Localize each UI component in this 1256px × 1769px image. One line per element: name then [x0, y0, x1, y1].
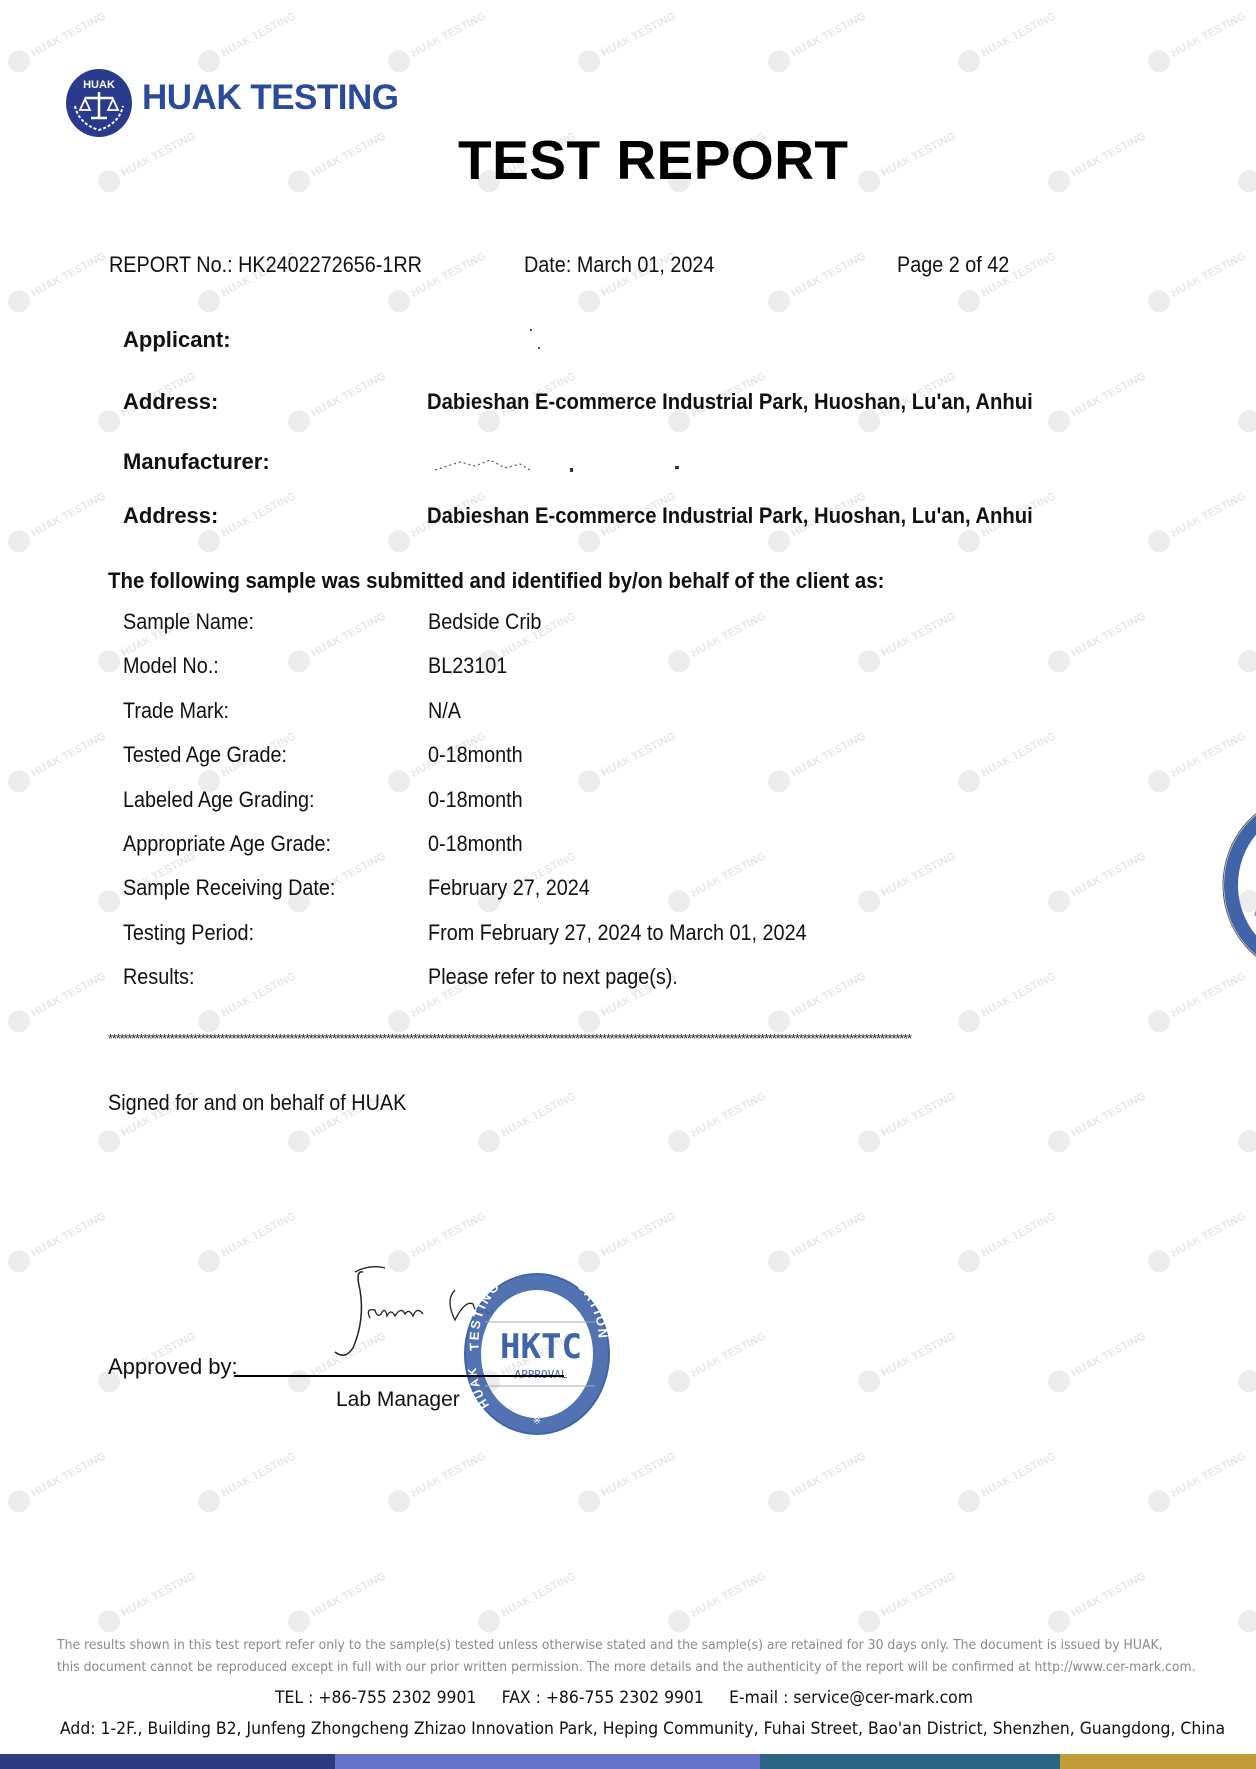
watermark: HUAK TESTING: [284, 606, 390, 676]
watermark: HUAK TESTING: [954, 6, 1060, 76]
watermark: HUAK TESTING: [764, 1446, 870, 1516]
watermark: HUAK TESTING: [1234, 1326, 1256, 1396]
watermark: HUAK TESTING: [1044, 1566, 1150, 1636]
watermark: HUAK TESTING: [574, 6, 680, 76]
watermark: HUAK TESTING: [384, 6, 490, 76]
redacted-applicant: [520, 325, 550, 355]
sample-field-label: Appropriate Age Grade:: [123, 831, 331, 857]
footer-bar-segment: [335, 1754, 760, 1769]
watermark: HUAK TESTING: [4, 486, 110, 556]
watermark: HUAK TESTING: [474, 1566, 580, 1636]
sample-field-label: Results:: [123, 964, 195, 990]
sample-field-label: Sample Name:: [123, 609, 254, 635]
sample-field-value: 0-18month: [428, 787, 523, 813]
watermark: HUAK TESTING: [4, 966, 110, 1036]
signature-line: [234, 1375, 564, 1377]
watermark: HUAK TESTING: [4, 246, 110, 316]
watermark: HUAK TESTING: [4, 726, 110, 796]
watermark: HUAK TESTING: [1234, 1566, 1256, 1636]
sample-field-label: Testing Period:: [123, 920, 254, 946]
watermark: HUAK TESTING: [1144, 6, 1250, 76]
sample-field-value: 0-18month: [428, 742, 523, 768]
sample-field-label: Trade Mark:: [123, 698, 229, 724]
watermark: HUAK TESTING: [854, 606, 960, 676]
party-value: Dabieshan E-commerce Industrial Park, Hu…: [427, 503, 1033, 529]
footer-bar-segment: [760, 1754, 1060, 1769]
watermark: HUAK TESTING: [284, 126, 390, 196]
huak-logo-icon: HUAK: [63, 66, 135, 138]
watermark: HUAK TESTING: [194, 966, 300, 1036]
watermark: HUAK TESTING: [954, 966, 1060, 1036]
watermark: HUAK TESTING: [854, 1566, 960, 1636]
watermark: HUAK TESTING: [1144, 486, 1250, 556]
party-label: Address:: [123, 389, 218, 415]
watermark: HUAK TESTING: [764, 1206, 870, 1276]
party-label: Applicant:: [123, 327, 231, 353]
party-label: Manufacturer:: [123, 449, 270, 475]
watermark: HUAK TESTING: [954, 1206, 1060, 1276]
watermark: HUAK TESTING: [1234, 366, 1256, 436]
watermark: HUAK TESTING: [664, 1086, 770, 1156]
watermark: HUAK TESTING: [854, 126, 960, 196]
party-value: Dabieshan E-commerce Industrial Park, Hu…: [427, 389, 1033, 415]
report-date: Date: March 01, 2024: [524, 252, 714, 278]
watermark: HUAK TESTING: [1044, 1326, 1150, 1396]
watermark: HUAK TESTING: [1144, 246, 1250, 316]
watermark: HUAK TESTING: [574, 726, 680, 796]
watermark: HUAK TESTING: [1234, 606, 1256, 676]
watermark: HUAK TESTING: [1144, 726, 1250, 796]
redacted-manufacturer: [430, 450, 730, 480]
footer-bar-segment: [1060, 1754, 1256, 1769]
disclaimer-line-2: this document cannot be reproduced excep…: [57, 1659, 1196, 1675]
brand-name: HUAK TESTING: [142, 78, 399, 118]
sample-field-label: Sample Receiving Date:: [123, 875, 335, 901]
watermark: HUAK TESTING: [1044, 126, 1150, 196]
watermark: HUAK TESTING: [764, 246, 870, 316]
watermark: HUAK TESTING: [194, 1206, 300, 1276]
separator: ****************************************…: [108, 1032, 1143, 1046]
report-number: REPORT No.: HK2402272656-1RR: [109, 252, 422, 278]
watermark: HUAK TESTING: [854, 1326, 960, 1396]
email-link[interactable]: E-mail : service@cer-mark.com: [729, 1688, 973, 1708]
watermark: HUAK TESTING: [854, 846, 960, 916]
certification-stamp: TESTING • CERTIFICATION HUAK HKTC APPROV…: [455, 1262, 615, 1442]
watermark: HUAK TESTING: [664, 1326, 770, 1396]
svg-text:HKTC: HKTC: [500, 1327, 582, 1367]
watermark: HUAK TESTING: [1044, 606, 1150, 676]
watermark: HUAK TESTING: [664, 1566, 770, 1636]
page-indicator: Page 2 of 42: [897, 252, 1009, 278]
tel: TEL : +86-755 2302 9901: [275, 1688, 476, 1708]
watermark: HUAK TESTING: [764, 6, 870, 76]
watermark: HUAK TESTING: [954, 1446, 1060, 1516]
watermark: HUAK TESTING: [284, 366, 390, 436]
watermark: HUAK TESTING: [1044, 1086, 1150, 1156]
watermark: HUAK TESTING: [194, 6, 300, 76]
watermark: HUAK TESTING: [4, 1206, 110, 1276]
watermark: HUAK TESTING: [384, 1446, 490, 1516]
watermark: HUAK TESTING: [854, 1086, 960, 1156]
sample-field-label: Model No.:: [123, 653, 219, 679]
fax: FAX : +86-755 2302 9901: [502, 1688, 704, 1708]
sample-field-value: BL23101: [428, 653, 507, 679]
watermark: HUAK TESTING: [1234, 126, 1256, 196]
signed-for: Signed for and on behalf of HUAK: [108, 1090, 406, 1116]
watermark: HUAK TESTING: [1044, 366, 1150, 436]
watermark: HUAK TESTING: [764, 966, 870, 1036]
sample-field-value: Please refer to next page(s).: [428, 964, 678, 990]
watermark: HUAK TESTING: [194, 1446, 300, 1516]
watermark: HUAK TESTING: [4, 1446, 110, 1516]
watermark: HUAK TESTING: [284, 1566, 390, 1636]
signer-role: Lab Manager: [336, 1388, 460, 1412]
sample-field-value: February 27, 2024: [428, 875, 590, 901]
watermark: HUAK TESTING: [664, 606, 770, 676]
svg-text:HUAK: HUAK: [83, 79, 115, 91]
party-label: Address:: [123, 503, 218, 529]
watermark: HUAK TESTING: [764, 726, 870, 796]
watermark: HUAK TESTING: [1144, 1206, 1250, 1276]
watermark: HUAK TESTING: [1044, 846, 1150, 916]
edge-stamp-fragment: H AF: [1218, 790, 1256, 980]
watermark: HUAK TESTING: [94, 1566, 200, 1636]
watermark: HUAK TESTING: [474, 1086, 580, 1156]
sample-field-value: Bedside Crib: [428, 609, 541, 635]
sample-field-value: 0-18month: [428, 831, 523, 857]
sample-intro: The following sample was submitted and i…: [108, 568, 884, 594]
page-title: TEST REPORT: [458, 128, 849, 192]
company-address: Add: 1-2F., Building B2, Junfeng Zhongch…: [60, 1719, 1225, 1739]
watermark: HUAK TESTING: [1234, 1086, 1256, 1156]
footer-bar-segment: [0, 1754, 335, 1769]
sample-field-value: N/A: [428, 698, 461, 724]
watermark: HUAK TESTING: [954, 726, 1060, 796]
watermark: HUAK TESTING: [664, 846, 770, 916]
sample-field-value: From February 27, 2024 to March 01, 2024: [428, 920, 807, 946]
svg-text:※: ※: [533, 1416, 541, 1427]
sample-field-label: Tested Age Grade:: [123, 742, 287, 768]
watermark: HUAK TESTING: [574, 1446, 680, 1516]
disclaimer-line-1: The results shown in this test report re…: [57, 1637, 1163, 1653]
watermark: HUAK TESTING: [1144, 1446, 1250, 1516]
approved-by-label: Approved by:: [108, 1354, 238, 1380]
sample-field-label: Labeled Age Grading:: [123, 787, 315, 813]
contact-line: TEL : +86-755 2302 9901 FAX : +86-755 23…: [275, 1688, 993, 1708]
